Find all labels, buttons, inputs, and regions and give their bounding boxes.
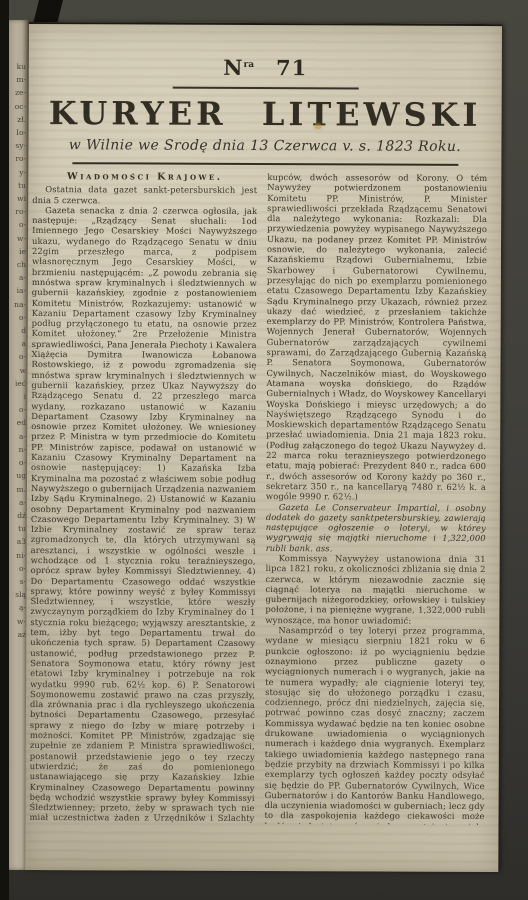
margin-fragment: m- — [10, 73, 26, 86]
margin-fragment: slą — [10, 588, 26, 601]
margin-fragment: Io- — [10, 126, 26, 139]
section-heading-domestic-news: Wiadomości Krajowe. — [32, 172, 257, 183]
margin-fragment: m. — [10, 483, 26, 496]
margin-fragment: i — [10, 390, 26, 403]
margin-fragment: zł. — [10, 113, 26, 126]
margin-fragment: ug — [10, 469, 26, 482]
body-columns: Wiadomości Krajowe. Ostatnia data gazet … — [26, 171, 502, 825]
masthead-title: KURYER LITEWSKI — [29, 94, 502, 134]
paragraph: Gazeta Le Conservateur Impartial, i osob… — [266, 502, 486, 554]
adjacent-page-line-fragments: kum-ze-oc-zł.Io-sy-ro-y-tuwiro-o-w-iecha… — [10, 60, 26, 641]
issue-prefix: N — [223, 55, 243, 80]
margin-fragment: a — [10, 337, 26, 350]
newspaper-page: Nra71 KURYER LITEWSKI w Wilnie we Srodę … — [25, 22, 502, 872]
scan-left-gutter — [0, 0, 9, 900]
margin-fragment: ch — [10, 258, 26, 271]
paragraph: Kommissya Naywyżey ustanowiona dnia 31 l… — [265, 553, 485, 626]
issue-number: Nra71 — [29, 54, 502, 81]
margin-fragment: ro- — [10, 205, 26, 218]
scan-corner-notch — [33, 0, 63, 24]
margin-fragment: s- — [10, 575, 26, 588]
margin-fragment: o- — [10, 403, 26, 416]
margin-fragment: ą- — [10, 601, 26, 614]
margin-fragment: o- — [10, 218, 26, 231]
margin-fragment: a- — [10, 496, 26, 509]
masthead-long-rule — [72, 162, 458, 166]
right-column-text: kupców, dwóch assesorów od Korony. O tém… — [265, 172, 488, 825]
margin-fragment: tu — [10, 179, 26, 192]
margin-fragment: wi — [10, 192, 26, 205]
margin-fragment: na- — [10, 298, 26, 311]
margin-fragment: aż — [10, 628, 26, 641]
margin-fragment: sy- — [10, 139, 26, 152]
paragraph: kupców, dwóch assesorów od Korony. O tém… — [266, 172, 487, 502]
margin-fragment: o- — [10, 311, 26, 324]
margin-fragment: ze- — [10, 86, 26, 99]
masthead-dateline: w Wilnie we Srodę dnia 13 Czerwca v. s. … — [28, 137, 501, 155]
paragraph: Gazeta senacka z dnia 2 czerwca ogłosiła… — [30, 205, 258, 824]
masthead-short-rule — [172, 87, 358, 90]
margin-fragment: ie — [10, 245, 26, 258]
scan-background: kum-ze-oc-zł.Io-sy-ro-y-tuwiro-o-w-iecha… — [0, 0, 528, 900]
margin-fragment: ia- — [10, 284, 26, 297]
margin-fragment: ieć — [10, 377, 26, 390]
margin-fragment: ni- — [10, 549, 26, 562]
margin-fragment: a- — [10, 271, 26, 284]
margin-fragment: w — [10, 364, 26, 377]
margin-fragment: ku — [10, 60, 26, 73]
margin-fragment: ed — [10, 416, 26, 429]
margin-fragment: w- — [10, 615, 26, 628]
margin-fragment: o- — [10, 350, 26, 363]
margin-fragment: d — [10, 324, 26, 337]
left-column-text: Ostatnia data gazet sankt-petersburskich… — [30, 184, 258, 824]
margin-fragment: ro- — [10, 152, 26, 165]
margin-fragment: tu — [10, 522, 26, 535]
issue-superscript: ra — [243, 60, 254, 70]
margin-fragment: n- — [10, 443, 26, 456]
issue-value: 71 — [276, 55, 307, 80]
margin-fragment: a- — [10, 430, 26, 443]
paragraph: Ostatnia data gazet sankt-petersburskich… — [32, 184, 257, 206]
left-column: Wiadomości Krajowe. Ostatnia data gazet … — [30, 171, 258, 824]
margin-fragment: oc- — [10, 100, 26, 113]
margin-fragment: o- — [10, 562, 26, 575]
margin-fragment: y- — [10, 166, 26, 179]
right-column: kupców, dwóch assesorów od Korony. O tém… — [265, 172, 488, 825]
margin-fragment: o- — [10, 456, 26, 469]
margin-fragment: w- — [10, 232, 26, 245]
margin-fragment: dź — [10, 509, 26, 522]
margin-fragment: a3 — [10, 535, 26, 548]
paragraph: Nasamprzód o tey loteryi przez programma… — [265, 625, 486, 825]
